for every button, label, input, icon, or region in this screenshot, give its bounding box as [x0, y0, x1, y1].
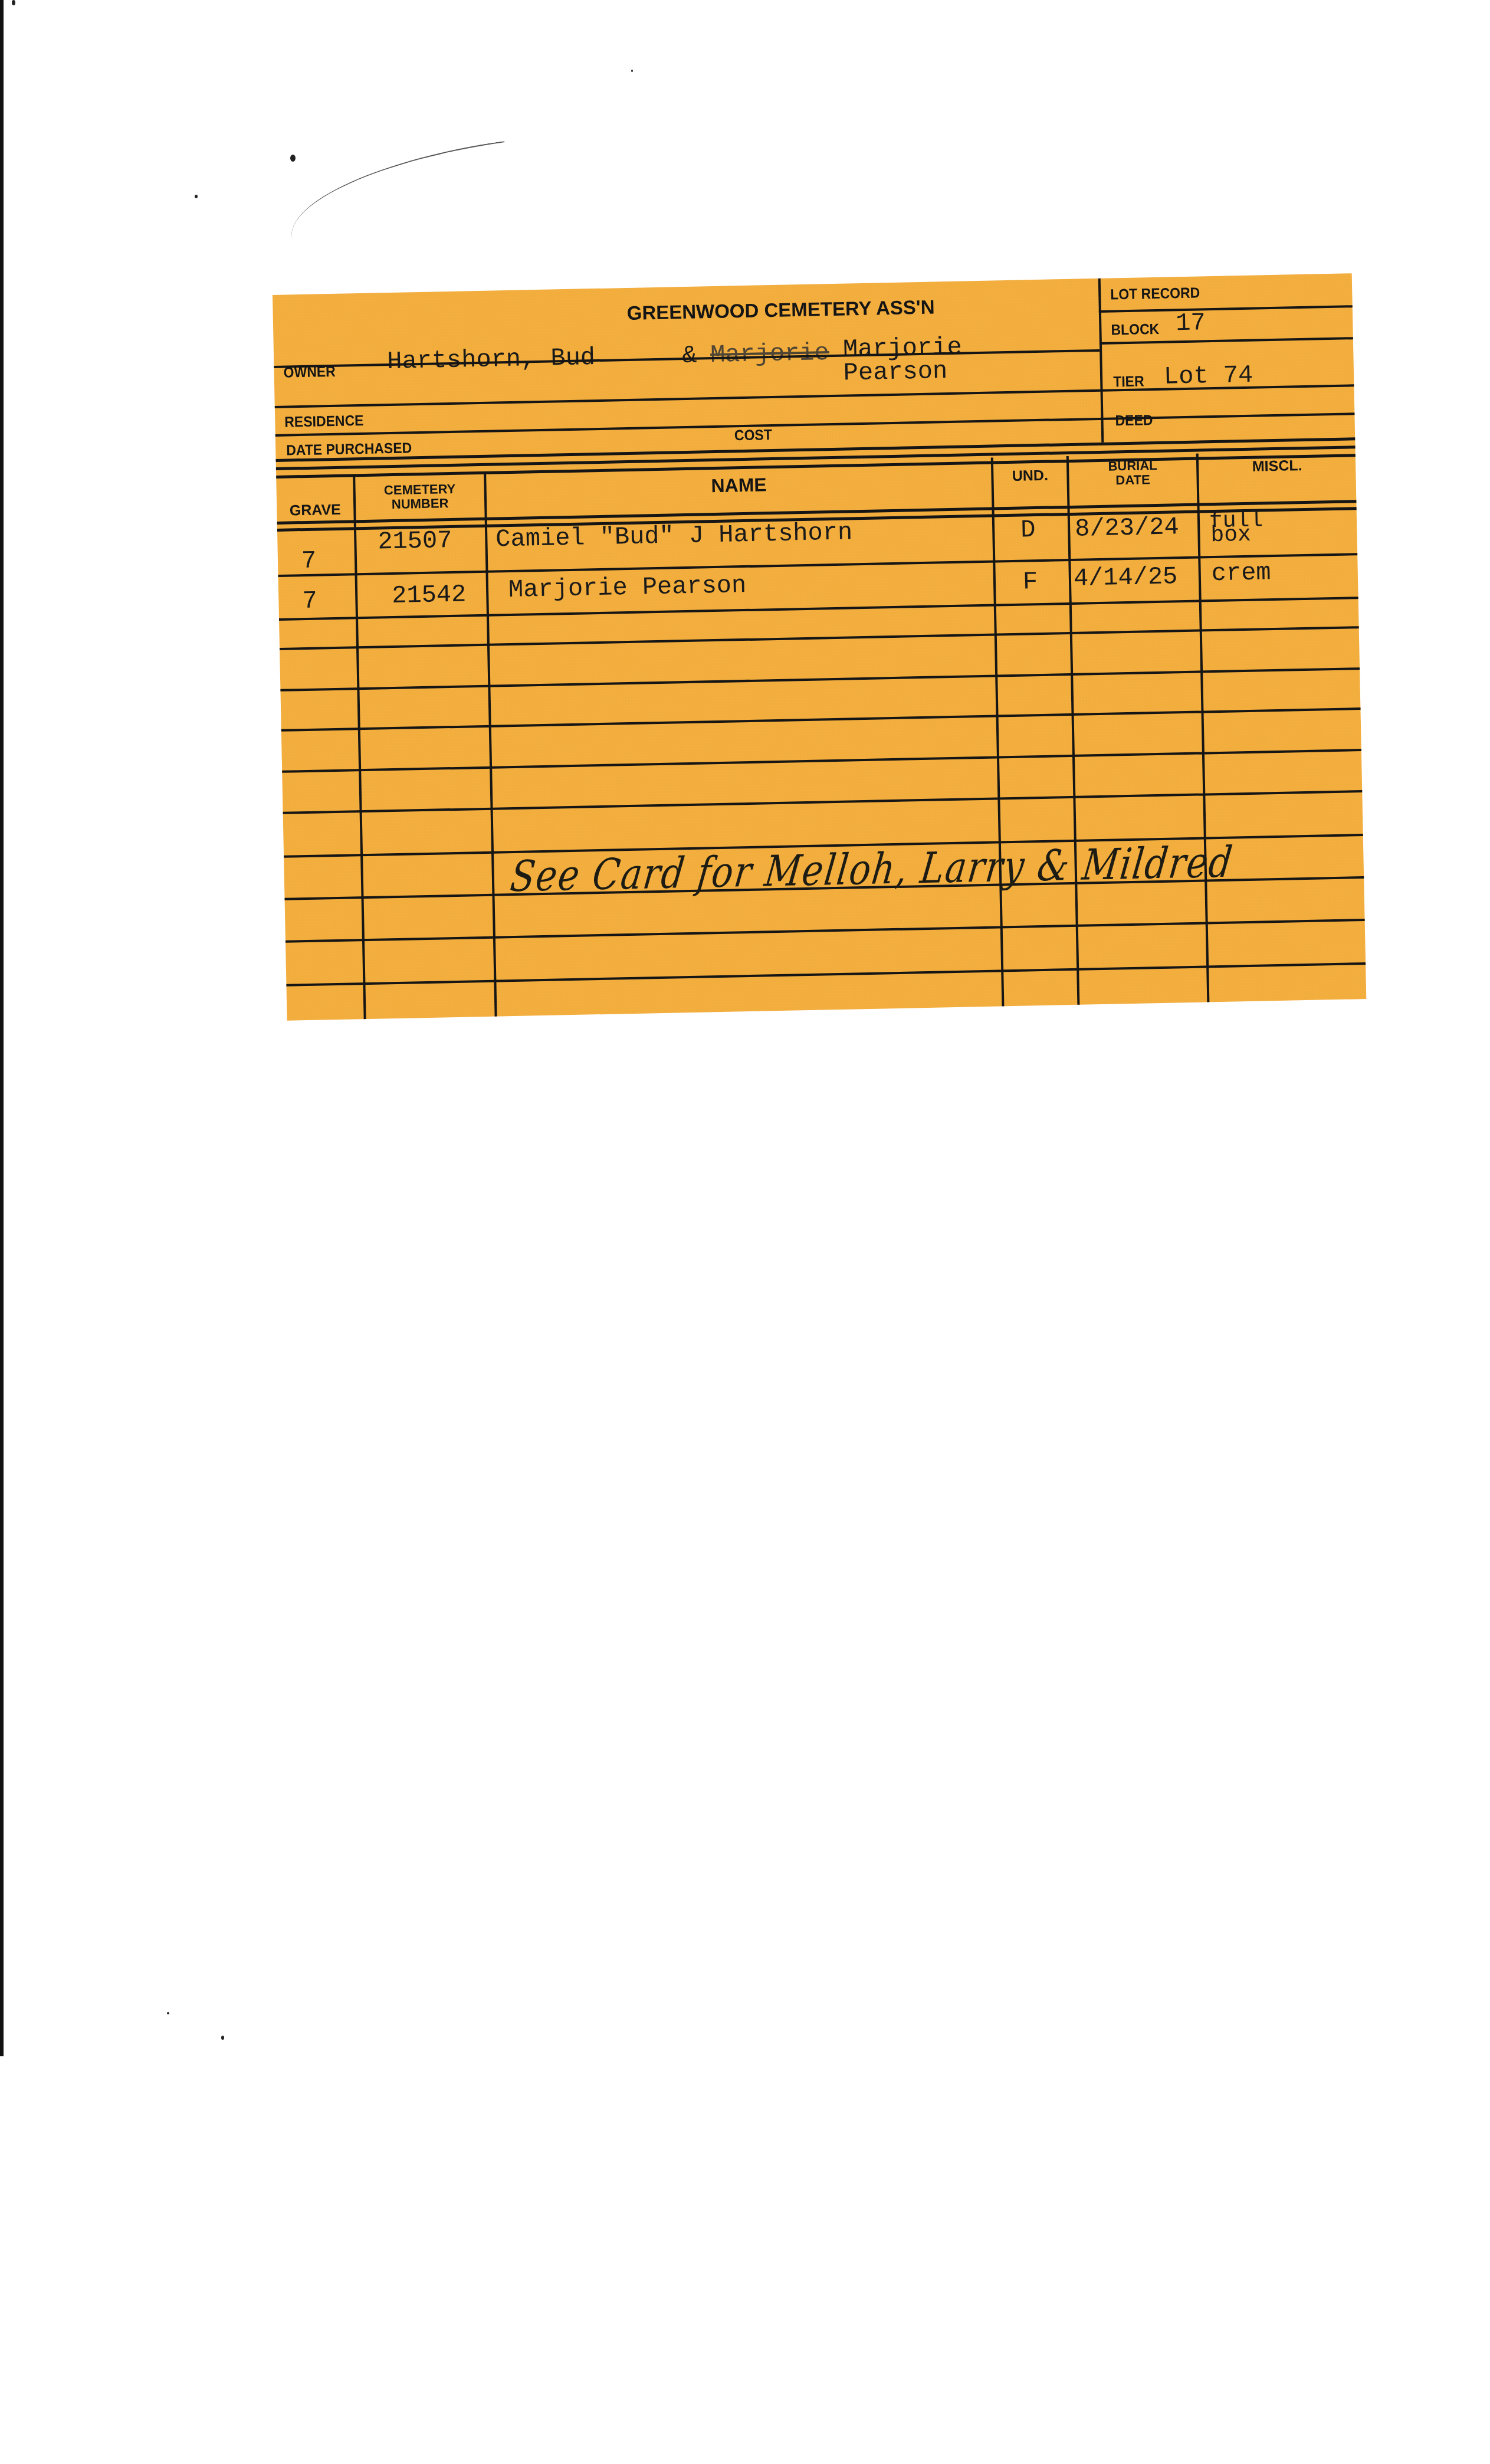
owner-struck-name: Marjorie — [710, 339, 830, 369]
col-header-miscl: MISCL. — [1199, 456, 1356, 476]
rule — [285, 919, 1365, 943]
cell-grave[interactable]: 7 — [302, 587, 317, 615]
lot-record-card: GREENWOOD CEMETERY ASS'N LOT RECORD BLOC… — [273, 273, 1366, 1020]
cell-miscl-line1[interactable]: crem — [1211, 558, 1271, 588]
col-divider — [991, 458, 1005, 1007]
col-divider — [484, 473, 497, 1017]
owner-second-last[interactable]: Pearson — [843, 357, 947, 388]
rule — [282, 749, 1361, 773]
cell-name[interactable]: Marjorie Pearson — [508, 571, 747, 604]
scan-speck — [195, 195, 198, 198]
card-title: GREENWOOD CEMETERY ASS'N — [626, 296, 935, 324]
col-header-und: UND. — [993, 467, 1067, 485]
rule — [275, 384, 1354, 408]
scan-edge-shadow — [0, 0, 4, 2056]
cost-label: COST — [734, 427, 772, 444]
rule — [283, 790, 1363, 814]
scan-speck — [12, 0, 15, 5]
stray-pen-mark — [283, 141, 514, 238]
cell-burial-date[interactable]: 8/23/24 — [1075, 513, 1179, 543]
col-header-cemetery-number-2: NUMBER — [356, 495, 484, 513]
col-header-grave: GRAVE — [277, 501, 354, 520]
rule — [280, 667, 1360, 692]
rule — [280, 626, 1359, 650]
col-divider — [353, 475, 366, 1019]
cell-und[interactable]: D — [1020, 516, 1036, 544]
scan-speck — [167, 2012, 169, 2014]
rule — [275, 412, 1355, 437]
col-divider — [1196, 454, 1210, 1002]
rule — [281, 707, 1361, 732]
cell-grave[interactable]: 7 — [301, 547, 317, 575]
cell-miscl-line2[interactable]: box — [1210, 522, 1251, 548]
lot-record-label: LOT RECORD — [1110, 284, 1200, 303]
cell-und[interactable]: F — [1023, 568, 1038, 596]
residence-label: RESIDENCE — [284, 412, 364, 431]
scan-speck — [631, 70, 633, 72]
rule — [1099, 305, 1353, 313]
cell-burial-date[interactable]: 4/14/25 — [1073, 562, 1177, 593]
block-label: BLOCK — [1111, 321, 1159, 339]
col-header-burial-date-2: DATE — [1069, 471, 1196, 489]
handwritten-note: See Card for Melloh, Larry & Mildred — [508, 837, 1236, 902]
deed-label: DEED — [1115, 412, 1153, 430]
rule — [278, 553, 1358, 577]
cell-cemetery-number[interactable]: 21542 — [392, 581, 467, 611]
rule — [286, 962, 1366, 987]
scan-speck — [221, 2036, 224, 2040]
owner-amp: & — [682, 342, 697, 370]
cell-cemetery-number[interactable]: 21507 — [378, 526, 452, 556]
col-header-name: NAME — [486, 470, 992, 502]
block-value[interactable]: 17 — [1176, 309, 1206, 338]
scan-speck — [290, 155, 296, 162]
